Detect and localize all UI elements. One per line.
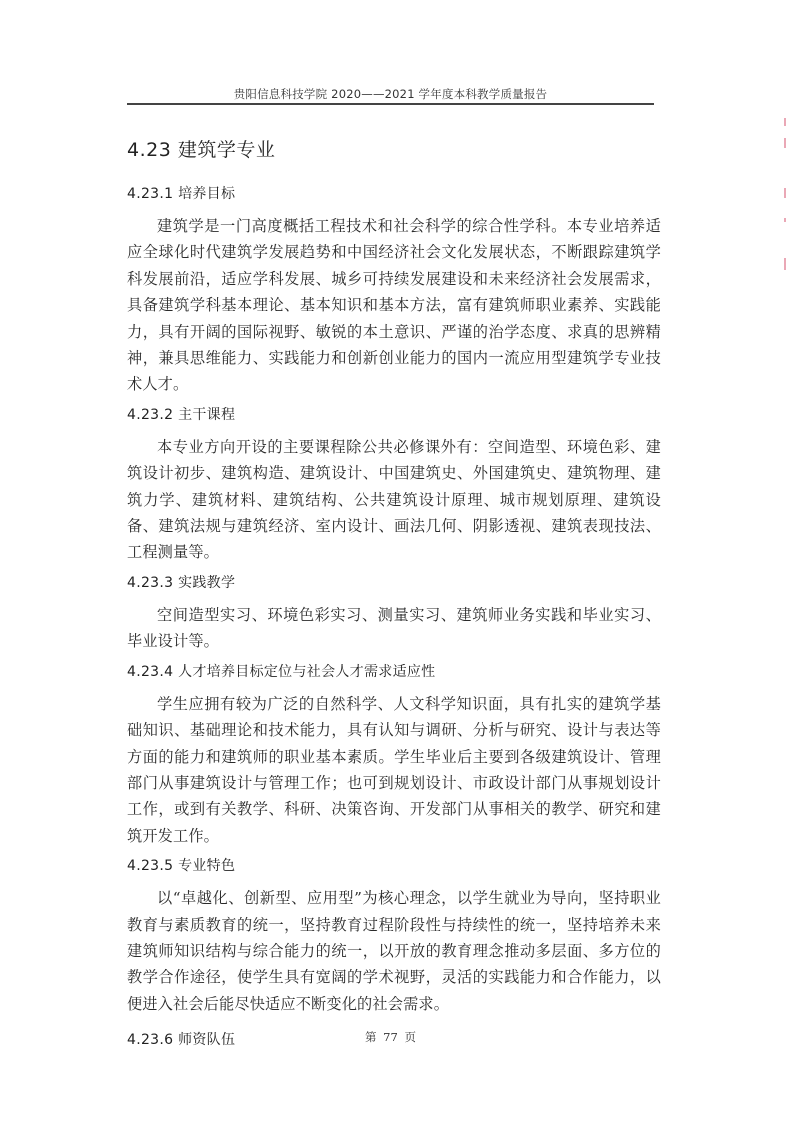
subsection-title-practice-teaching: 4.23.3 实践教学 [127, 572, 661, 594]
header-divider [127, 103, 654, 105]
scan-edge-mark [784, 138, 786, 148]
section-title: 4.23 建筑学专业 [127, 135, 661, 171]
subsection-title-core-courses: 4.23.2 主干课程 [127, 404, 661, 426]
scan-edge-mark [784, 218, 786, 222]
scan-edge-mark [784, 188, 786, 198]
scan-edge-mark [784, 258, 786, 270]
paragraph-program-features: 以“卓越化、创新型、应用型”为核心理念，以学生就业为导向，坚持职业教育与素质教育… [127, 885, 661, 1017]
paragraph-talent-positioning: 学生应拥有较为广泛的自然科学、人文科学知识面，具有扎实的建筑学基础知识、基础理论… [127, 691, 661, 849]
subsection-title-training-goal: 4.23.1 培养目标 [127, 183, 661, 205]
subsection-title-program-features: 4.23.5 专业特色 [127, 855, 661, 877]
page-header: 贵阳信息科技学院 2020——2021 学年度本科教学质量报告 [127, 86, 654, 102]
subsection-title-talent-positioning: 4.23.4 人才培养目标定位与社会人才需求适应性 [127, 661, 661, 683]
paragraph-core-courses: 本专业方向开设的主要课程除公共必修课外有：空间造型、环境色彩、建筑设计初步、建筑… [127, 434, 661, 566]
scan-edge-mark [784, 118, 786, 126]
page-content: 4.23 建筑学专业 4.23.1 培养目标 建筑学是一门高度概括工程技术和社会… [127, 130, 661, 1051]
paragraph-practice-teaching: 空间造型实习、环境色彩实习、测量实习、建筑师业务实践和毕业实习、毕业设计等。 [127, 602, 661, 655]
paragraph-training-goal: 建筑学是一门高度概括工程技术和社会科学的综合性学科。本专业培养适应全球化时代建筑… [127, 213, 661, 398]
page-number: 第 77 页 [127, 1029, 654, 1045]
